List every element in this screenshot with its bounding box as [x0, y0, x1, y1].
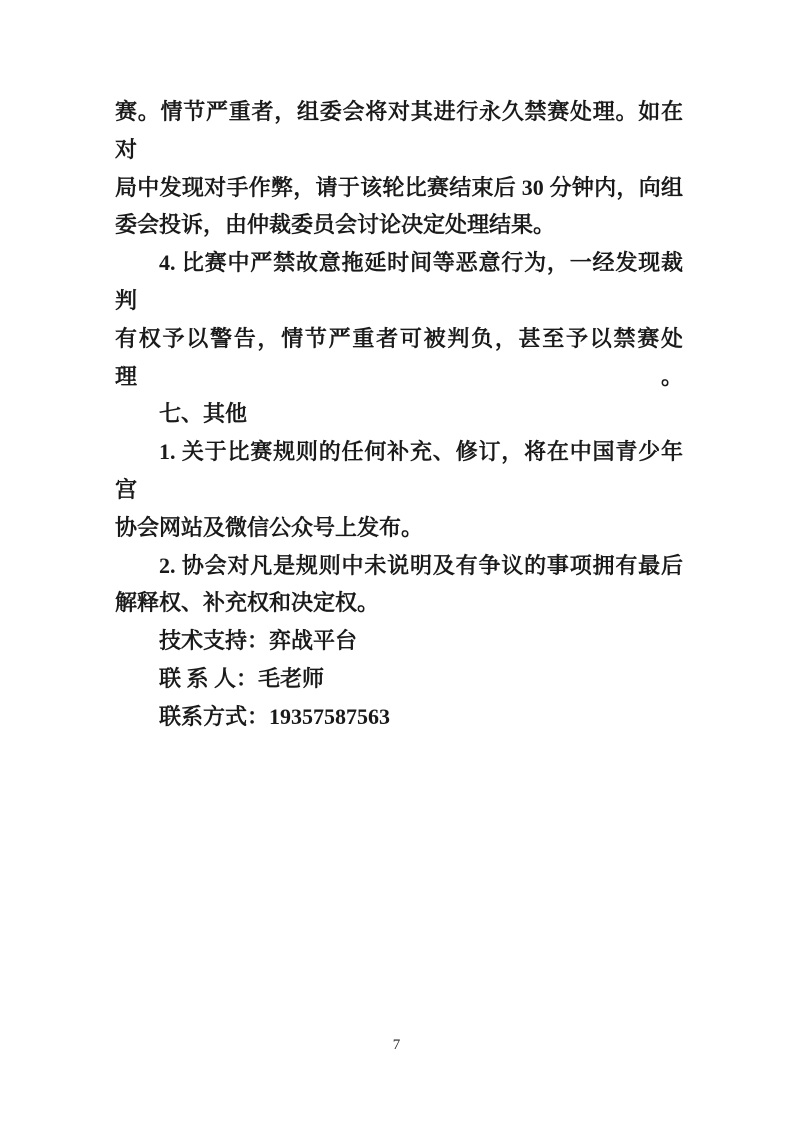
contact-phone-line: 联系方式：19357587563: [115, 698, 683, 736]
paragraph-cheating-penalty-continuation: 赛。情节严重者，组委会将对其进行永久禁赛处理。如在对 局中发现对手作弊，请于该轮…: [115, 93, 683, 244]
page-footer: 7: [0, 1036, 793, 1054]
body-line: 解释权、补充权和决定权。: [115, 584, 683, 622]
body-line: 有权予以警告，情节严重者可被判负，甚至予以禁赛处理。: [115, 320, 683, 396]
paragraph-other-item-2: 2. 协会对凡是规则中未说明及有争议的事项拥有最后 解释权、补充权和决定权。: [115, 547, 683, 623]
paragraph-rule-4-delay-penalty: 4. 比赛中严禁故意拖延时间等恶意行为，一经发现裁判 有权予以警告，情节严重者可…: [115, 244, 683, 395]
section-heading: 七、其他: [115, 395, 683, 433]
body-line: 协会网站及微信公众号上发布。: [115, 509, 683, 547]
document-page: 赛。情节严重者，组委会将对其进行永久禁赛处理。如在对 局中发现对手作弊，请于该轮…: [0, 0, 793, 1122]
page-number: 7: [393, 1036, 401, 1054]
body-line: 联系方式：19357587563: [115, 698, 683, 736]
body-line: 2. 协会对凡是规则中未说明及有争议的事项拥有最后: [115, 547, 683, 585]
body-line: 委会投诉，由仲裁委员会讨论决定处理结果。: [115, 206, 683, 244]
document-body: 赛。情节严重者，组委会将对其进行永久禁赛处理。如在对 局中发现对手作弊，请于该轮…: [115, 93, 683, 736]
body-line: 局中发现对手作弊，请于该轮比赛结束后 30 分钟内，向组: [115, 169, 683, 207]
body-line: 赛。情节严重者，组委会将对其进行永久禁赛处理。如在对: [115, 93, 683, 169]
contact-person-line: 联 系 人：毛老师: [115, 660, 683, 698]
body-line: 4. 比赛中严禁故意拖延时间等恶意行为，一经发现裁判: [115, 244, 683, 320]
body-line: 1. 关于比赛规则的任何补充、修订，将在中国青少年宫: [115, 433, 683, 509]
body-line: 技术支持：弈战平台: [115, 622, 683, 660]
section-heading-other: 七、其他: [115, 395, 683, 433]
tech-support-line: 技术支持：弈战平台: [115, 622, 683, 660]
paragraph-other-item-1: 1. 关于比赛规则的任何补充、修订，将在中国青少年宫 协会网站及微信公众号上发布…: [115, 433, 683, 546]
body-line: 联 系 人：毛老师: [115, 660, 683, 698]
